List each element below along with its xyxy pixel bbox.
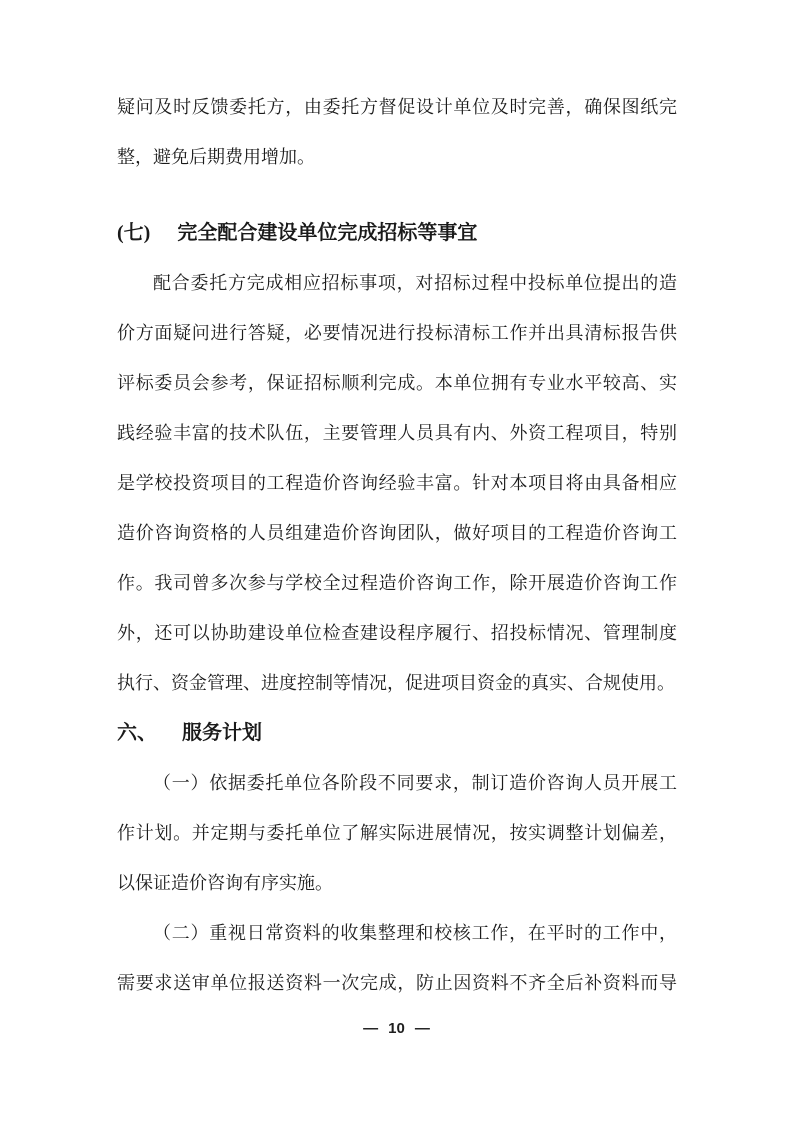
heading-seven-number: (七) xyxy=(117,208,150,258)
text-line: 配合委托方完成相应招标事项，对招标过程中投标单位提出的造 xyxy=(117,258,677,308)
section-heading-six: 六、 服务计划 xyxy=(117,708,677,758)
text-line: 疑问及时反馈委托方，由委托方督促设计单位及时完善，确保图纸完 xyxy=(117,82,677,132)
text-line: 外，还可以协助建设单位检查建设程序履行、招投标情况、管理制度 xyxy=(117,608,677,658)
heading-six-title: 服务计划 xyxy=(182,708,262,758)
footer-dash-left: — xyxy=(363,1020,378,1037)
paragraph-continuation-from-previous-page: 疑问及时反馈委托方，由委托方督促设计单位及时完善，确保图纸完整，避免后期费用增加… xyxy=(117,82,677,182)
text-line: 执行、资金管理、进度控制等情况，促进项目资金的真实、合规使用。 xyxy=(117,658,677,708)
section-heading-seven: (七) 完全配合建设单位完成招标等事宜 xyxy=(117,208,677,258)
text-line: 评标委员会参考，保证招标顺利完成。本单位拥有专业水平较高、实 xyxy=(117,358,677,408)
text-line: 价方面疑问进行答疑，必要情况进行投标清标工作并出具清标报告供 xyxy=(117,308,677,358)
heading-seven-title: 完全配合建设单位完成招标等事宜 xyxy=(177,208,477,258)
page-footer: — 10 — xyxy=(0,1020,793,1037)
text-line: 需要求送审单位报送资料一次完成，防止因资料不齐全后补资料而导 xyxy=(117,958,677,1008)
document-page: 疑问及时反馈委托方，由委托方督促设计单位及时完善，确保图纸完整，避免后期费用增加… xyxy=(0,0,793,1122)
text-line: 践经验丰富的技术队伍，主要管理人员具有内、外资工程项目，特别 xyxy=(117,408,677,458)
paragraph-service-plan-item-two: （二）重视日常资料的收集整理和校核工作，在平时的工作中，需要求送审单位报送资料一… xyxy=(117,908,677,1008)
text-line: 整，避免后期费用增加。 xyxy=(117,132,677,182)
paragraph-section-seven-body: 配合委托方完成相应招标事项，对招标过程中投标单位提出的造价方面疑问进行答疑，必要… xyxy=(117,258,677,708)
text-line: 作。我司曾多次参与学校全过程造价咨询工作，除开展造价咨询工作 xyxy=(117,558,677,608)
document-body: 疑问及时反馈委托方，由委托方督促设计单位及时完善，确保图纸完整，避免后期费用增加… xyxy=(117,82,677,1008)
heading-six-number: 六、 xyxy=(117,708,157,758)
text-line: 是学校投资项目的工程造价咨询经验丰富。针对本项目将由具备相应 xyxy=(117,458,677,508)
page-number: 10 xyxy=(388,1020,405,1037)
paragraph-service-plan-item-one: （一）依据委托单位各阶段不同要求，制订造价咨询人员开展工作计划。并定期与委托单位… xyxy=(117,758,677,908)
text-line: （一）依据委托单位各阶段不同要求，制订造价咨询人员开展工 xyxy=(117,758,677,808)
text-line: 造价咨询资格的人员组建造价咨询团队，做好项目的工程造价咨询工 xyxy=(117,508,677,558)
text-line: （二）重视日常资料的收集整理和校核工作，在平时的工作中， xyxy=(117,908,677,958)
text-line: 作计划。并定期与委托单位了解实际进展情况，按实调整计划偏差， xyxy=(117,808,677,858)
footer-dash-right: — xyxy=(415,1020,430,1037)
text-line: 以保证造价咨询有序实施。 xyxy=(117,858,677,908)
